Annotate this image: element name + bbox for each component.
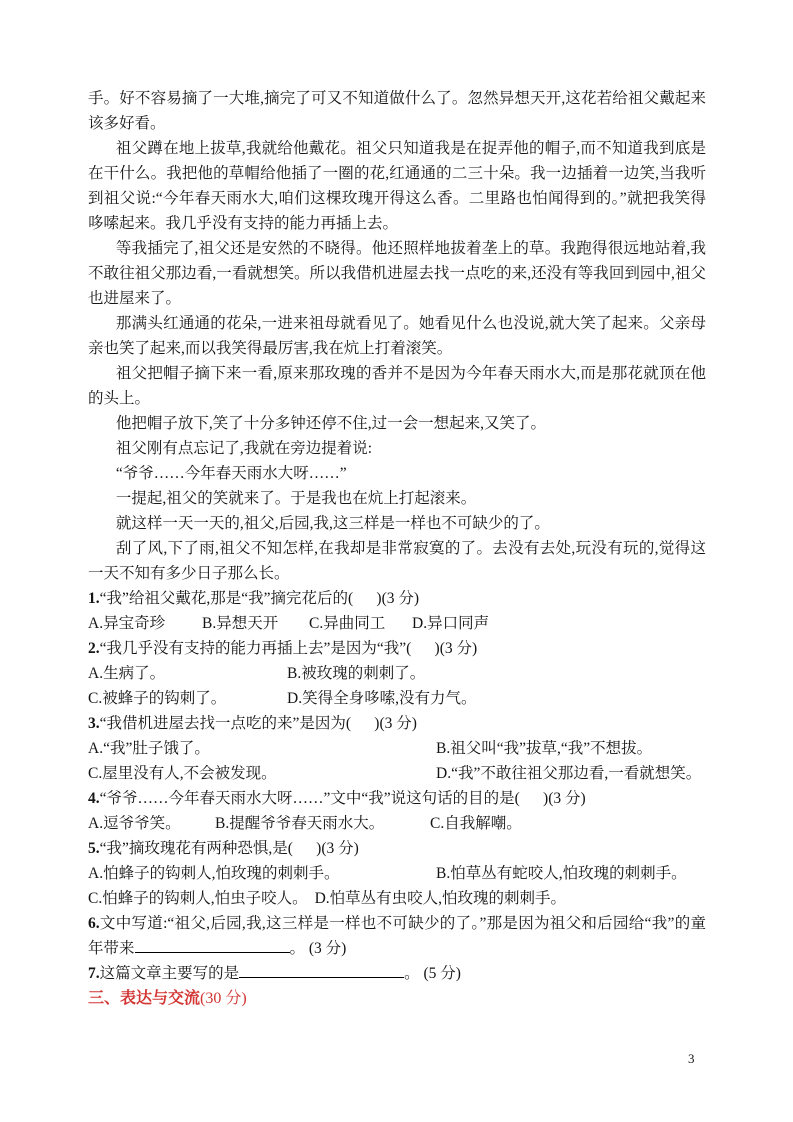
passage-paragraph: 刮了风,下了雨,祖父不知怎样,在我却是非常寂寞的了。去没有去处,玩没有玩的,觉得… — [88, 536, 706, 586]
option-row: C.怕蜂子的钩刺人,怕虫子咬人。D.怕草丛有虫咬人,怕玫瑰的刺刺手。 — [88, 886, 706, 911]
option-row: A.逗爷爷笑。B.提醒爷爷春天雨水大。C.自我解嘲。 — [88, 811, 706, 836]
option: B.怕草丛有蛇咬人,怕玫瑰的刺刺手。 — [436, 861, 687, 886]
page-content: 手。好不容易摘了一大堆,摘完了可又不知道做什么了。忽然异想天开,这花若给祖父戴起… — [88, 86, 706, 1011]
option: D.“我”不敢往祖父那边看,一看就想笑。 — [436, 761, 701, 786]
question-stem: 5.“我”摘玫瑰花有两种恐惧,是( )(3 分) — [88, 836, 706, 861]
stem-text: “我”摘玫瑰花有两种恐惧,是( )(3 分) — [100, 840, 359, 857]
question-item: 7.这篇文章主要写的是。 (5 分) — [88, 961, 706, 986]
option: D.笑得全身哆嗦,没有力气。 — [287, 686, 476, 711]
question-number: 7. — [88, 965, 100, 982]
question-stem: 1.“我”给祖父戴花,那是“我”摘完花后的( )(3 分) — [88, 586, 706, 611]
question-stem: 4.“爷爷……今年春天雨水大呀……”文中“我”说这句话的目的是( )(3 分) — [88, 786, 706, 811]
answer-blank — [135, 937, 290, 953]
question-number: 6. — [88, 915, 100, 932]
option: B.被玫瑰的刺刺了。 — [287, 661, 425, 686]
option: B.祖父叫“我”拔草,“我”不想拔。 — [436, 736, 652, 761]
question-item: 4.“爷爷……今年春天雨水大呀……”文中“我”说这句话的目的是( )(3 分)A… — [88, 786, 706, 836]
option: D.异口同声 — [412, 611, 489, 636]
option: C.怕蜂子的钩刺人,怕虫子咬人。 — [88, 886, 308, 911]
question-item: 5.“我”摘玫瑰花有两种恐惧,是( )(3 分)A.怕蜂子的钩刺人,怕玫瑰的刺刺… — [88, 836, 706, 911]
stem-text: “我”给祖父戴花,那是“我”摘完花后的( )(3 分) — [100, 590, 419, 607]
option: A.怕蜂子的钩刺人,怕玫瑰的刺刺手。 — [88, 861, 436, 886]
reading-passage: 手。好不容易摘了一大堆,摘完了可又不知道做什么了。忽然异想天开,这花若给祖父戴起… — [88, 86, 706, 586]
stem-text: 。 (5 分) — [404, 965, 461, 982]
option: C.异曲同工 — [309, 611, 412, 636]
stem-text: “我借机进屋去找一点吃的来”是因为( )(3 分) — [100, 715, 417, 732]
passage-paragraph: 他把帽子放下,笑了十分多钟还停不住,过一会一想起来,又笑了。 — [88, 411, 706, 436]
option: B.异想天开 — [202, 611, 309, 636]
question-number: 5. — [88, 840, 100, 857]
stem-text: 这篇文章主要写的是 — [100, 965, 240, 982]
passage-paragraph: 就这样一天一天的,祖父,后园,我,这三样是一样也不可缺少的了。 — [88, 511, 706, 536]
option-row: A.异宝奇珍B.异想天开C.异曲同工D.异口同声 — [88, 611, 706, 636]
question-stem: 2.“我几乎没有支持的能力再插上去”是因为“我”( )(3 分) — [88, 636, 706, 661]
option: D.怕草丛有虫咬人,怕玫瑰的刺刺手。 — [315, 886, 566, 911]
question-stem: 7.这篇文章主要写的是。 (5 分) — [88, 961, 706, 986]
option-row: A.怕蜂子的钩刺人,怕玫瑰的刺刺手。B.怕草丛有蛇咬人,怕玫瑰的刺刺手。 — [88, 861, 706, 886]
passage-paragraph: 祖父把帽子摘下来一看,原来那玫瑰的香并不是因为今年春天雨水大,而是那花就顶在他的… — [88, 361, 706, 411]
passage-paragraph: 一提起,祖父的笑就来了。于是我也在炕上打起滚来。 — [88, 486, 706, 511]
option-row: A.生病了。B.被玫瑰的刺刺了。 — [88, 661, 706, 686]
question-stem: 6.文中写道:“祖父,后园,我,这三样是一样也不可缺少的了。”那是因为祖父和后园… — [88, 911, 706, 961]
document-page: 手。好不容易摘了一大堆,摘完了可又不知道做什么了。忽然异想天开,这花若给祖父戴起… — [0, 0, 793, 1122]
section-heading-title: 三、表达与交流 — [88, 990, 200, 1007]
passage-paragraph: 祖父蹲在地上拔草,我就给他戴花。祖父只知道我是在捉弄他的帽子,而不知道我到底是在… — [88, 136, 706, 236]
option: A.“我”肚子饿了。 — [88, 736, 436, 761]
question-number: 4. — [88, 790, 100, 807]
question-item: 6.文中写道:“祖父,后园,我,这三样是一样也不可缺少的了。”那是因为祖父和后园… — [88, 911, 706, 961]
passage-paragraph: 祖父刚有点忘记了,我就在旁边提着说: — [88, 436, 706, 461]
option: A.生病了。 — [88, 661, 287, 686]
option-row: A.“我”肚子饿了。B.祖父叫“我”拔草,“我”不想拔。 — [88, 736, 706, 761]
passage-paragraph: 等我插完了,祖父还是安然的不晓得。他还照样地拔着垄上的草。我跑得很远地站着,我不… — [88, 236, 706, 311]
question-item: 2.“我几乎没有支持的能力再插上去”是因为“我”( )(3 分)A.生病了。B.… — [88, 636, 706, 711]
question-number: 3. — [88, 715, 100, 732]
passage-paragraph: 那满头红通通的花朵,一进来祖母就看见了。她看见什么也没说,就大笑了起来。父亲母亲… — [88, 311, 706, 361]
option: C.自我解嘲。 — [430, 811, 522, 836]
option-row: C.屋里没有人,不会被发现。D.“我”不敢往祖父那边看,一看就想笑。 — [88, 761, 706, 786]
question-item: 3.“我借机进屋去找一点吃的来”是因为( )(3 分)A.“我”肚子饿了。B.祖… — [88, 711, 706, 786]
page-number: 3 — [688, 1051, 695, 1067]
question-stem: 3.“我借机进屋去找一点吃的来”是因为( )(3 分) — [88, 711, 706, 736]
option-row: C.被蜂子的钩刺了。D.笑得全身哆嗦,没有力气。 — [88, 686, 706, 711]
section-heading-score: (30 分) — [200, 990, 247, 1007]
answer-blank — [239, 962, 404, 978]
question-number: 1. — [88, 590, 100, 607]
question-number: 2. — [88, 640, 100, 657]
question-item: 1.“我”给祖父戴花,那是“我”摘完花后的( )(3 分)A.异宝奇珍B.异想天… — [88, 586, 706, 636]
option: C.屋里没有人,不会被发现。 — [88, 761, 436, 786]
question-list: 1.“我”给祖父戴花,那是“我”摘完花后的( )(3 分)A.异宝奇珍B.异想天… — [88, 586, 706, 986]
stem-text: “我几乎没有支持的能力再插上去”是因为“我”( )(3 分) — [100, 640, 478, 657]
passage-paragraph: 手。好不容易摘了一大堆,摘完了可又不知道做什么了。忽然异想天开,这花若给祖父戴起… — [88, 86, 706, 136]
stem-text: “爷爷……今年春天雨水大呀……”文中“我”说这句话的目的是( )(3 分) — [100, 790, 586, 807]
passage-paragraph: “爷爷……今年春天雨水大呀……” — [88, 461, 706, 486]
option: B.提醒爷爷春天雨水大。 — [215, 811, 430, 836]
option: A.逗爷爷笑。 — [88, 811, 215, 836]
section-heading: 三、表达与交流(30 分) — [88, 986, 706, 1011]
stem-text: 。 (3 分) — [290, 940, 347, 957]
option: A.异宝奇珍 — [88, 611, 202, 636]
option: C.被蜂子的钩刺了。 — [88, 686, 287, 711]
